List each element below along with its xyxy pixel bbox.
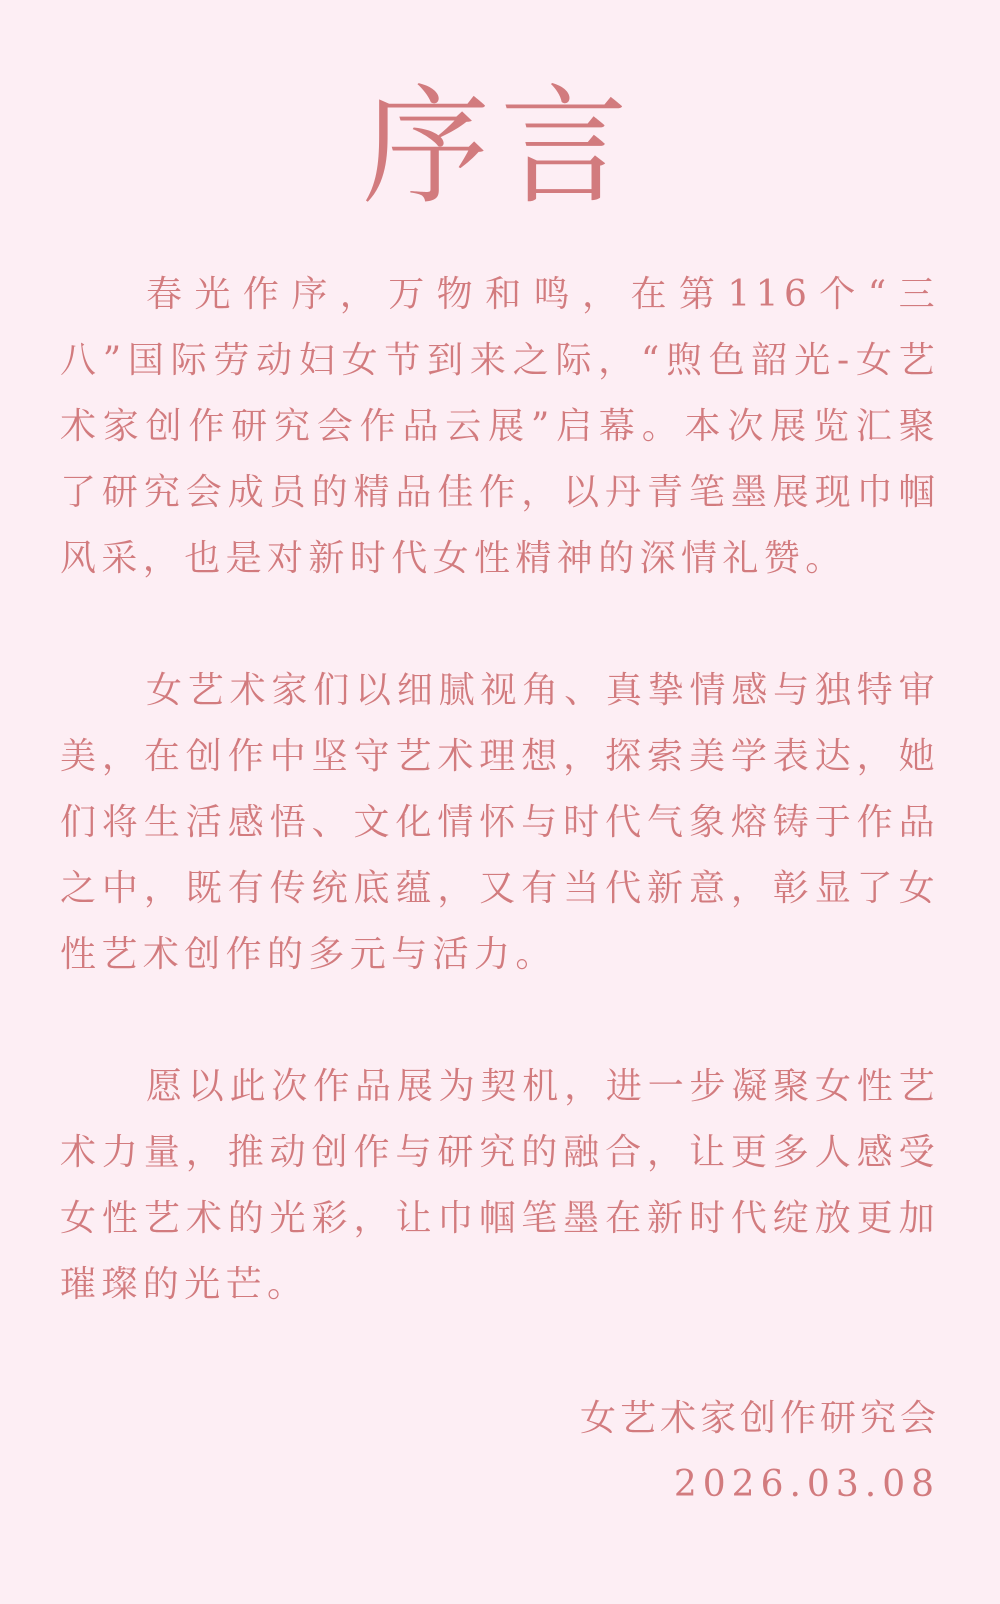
paragraph-2: 女艺术家们以细腻视角、真挚情感与独特审美，在创作中坚守艺术理想，探索美学表达，她… [60,658,940,988]
signature-date: 2026.03.08 [674,1460,940,1510]
page-title: 序言 [0,78,1000,218]
paragraph-3: 愿以此次作品展为契机，进一步凝聚女性艺术力量，推动创作与研究的融合，让更多人感受… [60,1054,940,1318]
signature-organization: 女艺术家创作研究会 [580,1394,940,1444]
paragraph-1: 春光作序，万物和鸣，在第116个“三八”国际劳动妇女节到来之际，“煦色韶光-女艺… [60,262,940,592]
preface-page: 序言 春光作序，万物和鸣，在第116个“三八”国际劳动妇女节到来之际，“煦色韶光… [0,0,1000,1604]
